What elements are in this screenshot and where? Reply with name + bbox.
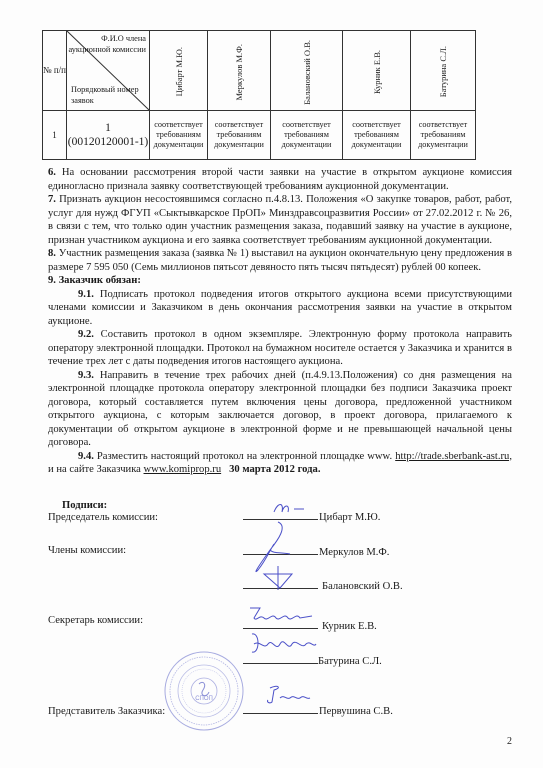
chairman-label: Председатель комиссии: (48, 512, 158, 523)
member3-name: Батурина С.Л. (318, 656, 382, 667)
chairman-signature-icon (270, 498, 320, 518)
members-label: Члены комиссии: (48, 545, 126, 556)
document-page: № п/п Ф.И.О члена аукционной комиссии По… (0, 0, 543, 768)
stamp-text: СПОП (195, 696, 213, 702)
customer-signature-icon (262, 684, 312, 706)
member3-signature-icon (246, 630, 318, 658)
chairman-name: Цибарт М.Ю. (319, 512, 380, 523)
page-number: 2 (507, 736, 512, 747)
secretary-label: Секретарь комиссии: (48, 615, 143, 626)
customer-label: Представитель Заказчика: (48, 706, 165, 717)
member2-name: Балановский О.В. (322, 581, 403, 592)
official-stamp-icon: СПОП (163, 650, 245, 732)
member1-name: Меркулов М.Ф. (319, 547, 389, 558)
secretary-signature-icon (246, 604, 316, 626)
customer-name: Первушина С.В. (319, 706, 393, 717)
signatures-block: Подписи: Председатель комиссии: Члены ко… (0, 0, 543, 768)
secretary-name: Курник Е.В. (322, 621, 377, 632)
signatures-heading: Подписи: (62, 500, 107, 511)
member2-signature-icon (258, 566, 298, 592)
